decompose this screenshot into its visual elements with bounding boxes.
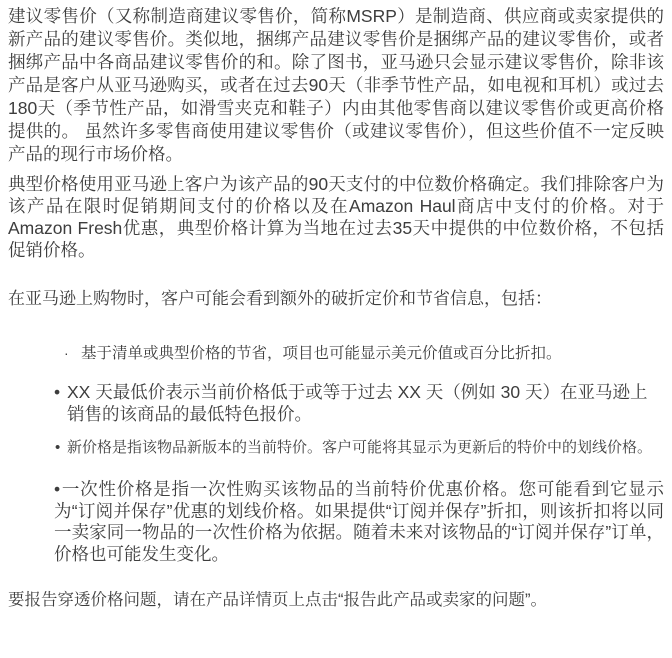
strikethrough-intro-paragraph: 在亚马逊上购物时，客户可能会看到额外的破折定价和节省信息，包括： — [8, 288, 664, 310]
list-item-one-time-price: •一次性价格是指一次性购买该物品的当前特价优惠价格。您可能看到它显示为“订阅并保… — [8, 479, 664, 565]
bullet-icon: • — [54, 382, 67, 404]
bullet-icon: • — [55, 438, 67, 458]
list-item-lowest-price: • XX 天最低价表示当前价格低于或等于过去 XX 天（例如 30 天）在亚马逊… — [8, 382, 664, 425]
bullet-text-new-price: 新价格是指该物品新版本的当前特价。客户可能将其显示为更新后的特价中的划线价格。 — [67, 438, 664, 458]
pricing-bullet-list: · 基于清单或典型价格的节省，项目也可能显示美元价值或百分比折扣。 • XX 天… — [8, 343, 664, 565]
help-article: 建议零售价（又称制造商建议零售价，简称MSRP）是制造商、供应商或卖家提供的新产… — [0, 0, 672, 611]
list-item-savings: · 基于清单或典型价格的节省，项目也可能显示美元价值或百分比折扣。 — [8, 343, 664, 364]
bullet-text-one-time-price: 一次性价格是指一次性购买该物品的当前特价优惠价格。您可能看到它显示为“订阅并保存… — [54, 479, 664, 564]
bullet-text-lowest-price: XX 天最低价表示当前价格低于或等于过去 XX 天（例如 30 天）在亚马逊上销… — [67, 382, 664, 425]
bullet-icon: · — [64, 343, 81, 364]
report-issue-paragraph: 要报告穿透价格问题，请在产品详情页上点击“报告此产品或卖家的问题”。 — [8, 589, 664, 611]
msrp-paragraph: 建议零售价（又称制造商建议零售价，简称MSRP）是制造商、供应商或卖家提供的新产… — [8, 5, 664, 166]
bullet-text-savings: 基于清单或典型价格的节省，项目也可能显示美元价值或百分比折扣。 — [81, 343, 664, 364]
typical-price-paragraph: 典型价格使用亚马逊上客户为该产品的90天支付的中位数价格确定。我们排除客户为该产… — [8, 173, 664, 261]
list-item-new-price: • 新价格是指该物品新版本的当前特价。客户可能将其显示为更新后的特价中的划线价格… — [8, 438, 664, 458]
bullet-icon: • — [54, 479, 60, 499]
